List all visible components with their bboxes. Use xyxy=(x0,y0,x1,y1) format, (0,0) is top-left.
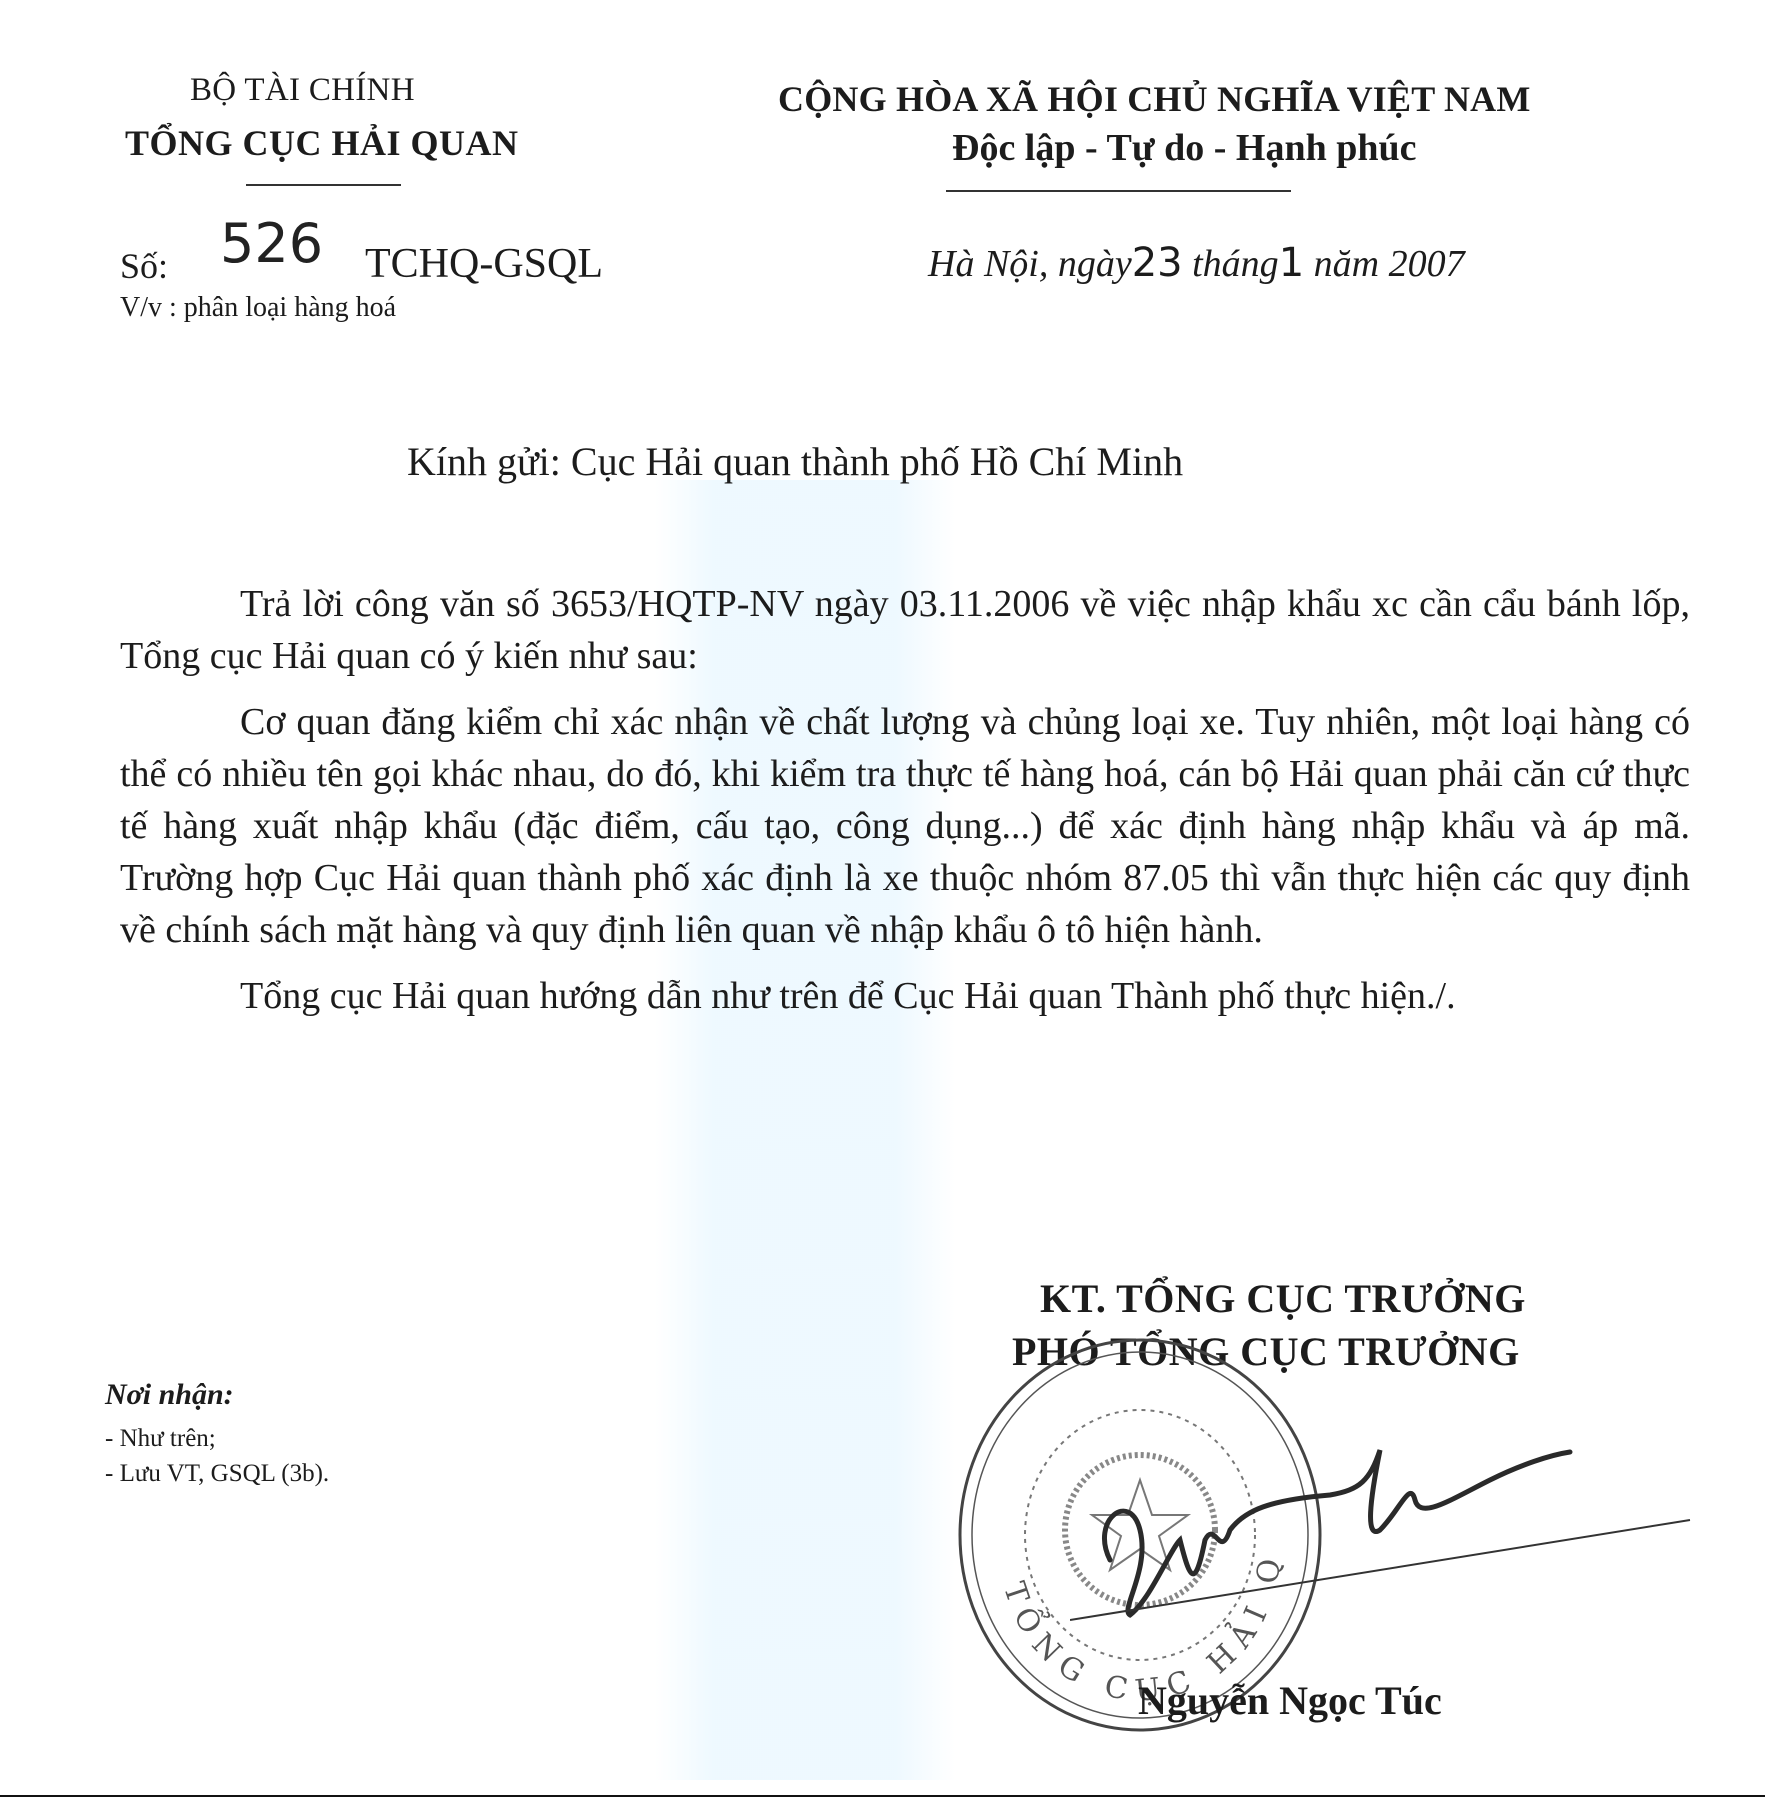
body-paragraph: Cơ quan đăng kiểm chỉ xác nhận về chất l… xyxy=(120,696,1690,956)
recipient-line: Kính gửi: Cục Hải quan thành phố Hồ Chí … xyxy=(407,438,1183,485)
doc-number-handwritten: 526 xyxy=(220,212,323,275)
nation-name: CỘNG HÒA XÃ HỘI CHỦ NGHĨA VIỆT NAM xyxy=(778,78,1531,120)
body-paragraph: Tổng cục Hải quan hướng dẫn như trên để … xyxy=(120,970,1690,1022)
issue-date: Hà Nội, ngày23 tháng1 năm 2007 xyxy=(928,240,1465,286)
signer-name: Nguyễn Ngọc Túc xyxy=(1138,1677,1442,1724)
body-paragraph: Trả lời công văn số 3653/HQTP-NV ngày 03… xyxy=(120,578,1690,682)
recipients-heading: Nơi nhận: xyxy=(105,1378,234,1412)
header-left-divider xyxy=(246,184,401,186)
header-right-divider xyxy=(946,190,1291,192)
date-month: 1 xyxy=(1279,240,1304,286)
department-name: TỔNG CỤC HẢI QUAN xyxy=(125,122,519,164)
recipient-item: - Như trên; xyxy=(105,1425,216,1453)
doc-number-code: TCHQ-GSQL xyxy=(365,240,603,288)
doc-subject: V/v : phân loại hàng hoá xyxy=(120,292,396,324)
ministry-name: BỘ TÀI CHÍNH xyxy=(190,72,415,109)
signer-title: KT. TỔNG CỤC TRƯỞNG xyxy=(1040,1275,1526,1322)
doc-number-label: Số: xyxy=(120,245,168,287)
letter-body: Trả lời công văn số 3653/HQTP-NV ngày 03… xyxy=(120,578,1690,1036)
date-day: 23 xyxy=(1132,240,1183,286)
date-year: năm 2007 xyxy=(1314,243,1465,285)
handwritten-signature-icon xyxy=(1070,1440,1710,1640)
recipient-item: - Lưu VT, GSQL (3b). xyxy=(105,1460,329,1488)
date-prefix: Hà Nội, ngày xyxy=(928,243,1132,285)
date-month-label: tháng xyxy=(1192,243,1279,285)
national-motto: Độc lập - Tự do - Hạnh phúc xyxy=(952,126,1417,170)
